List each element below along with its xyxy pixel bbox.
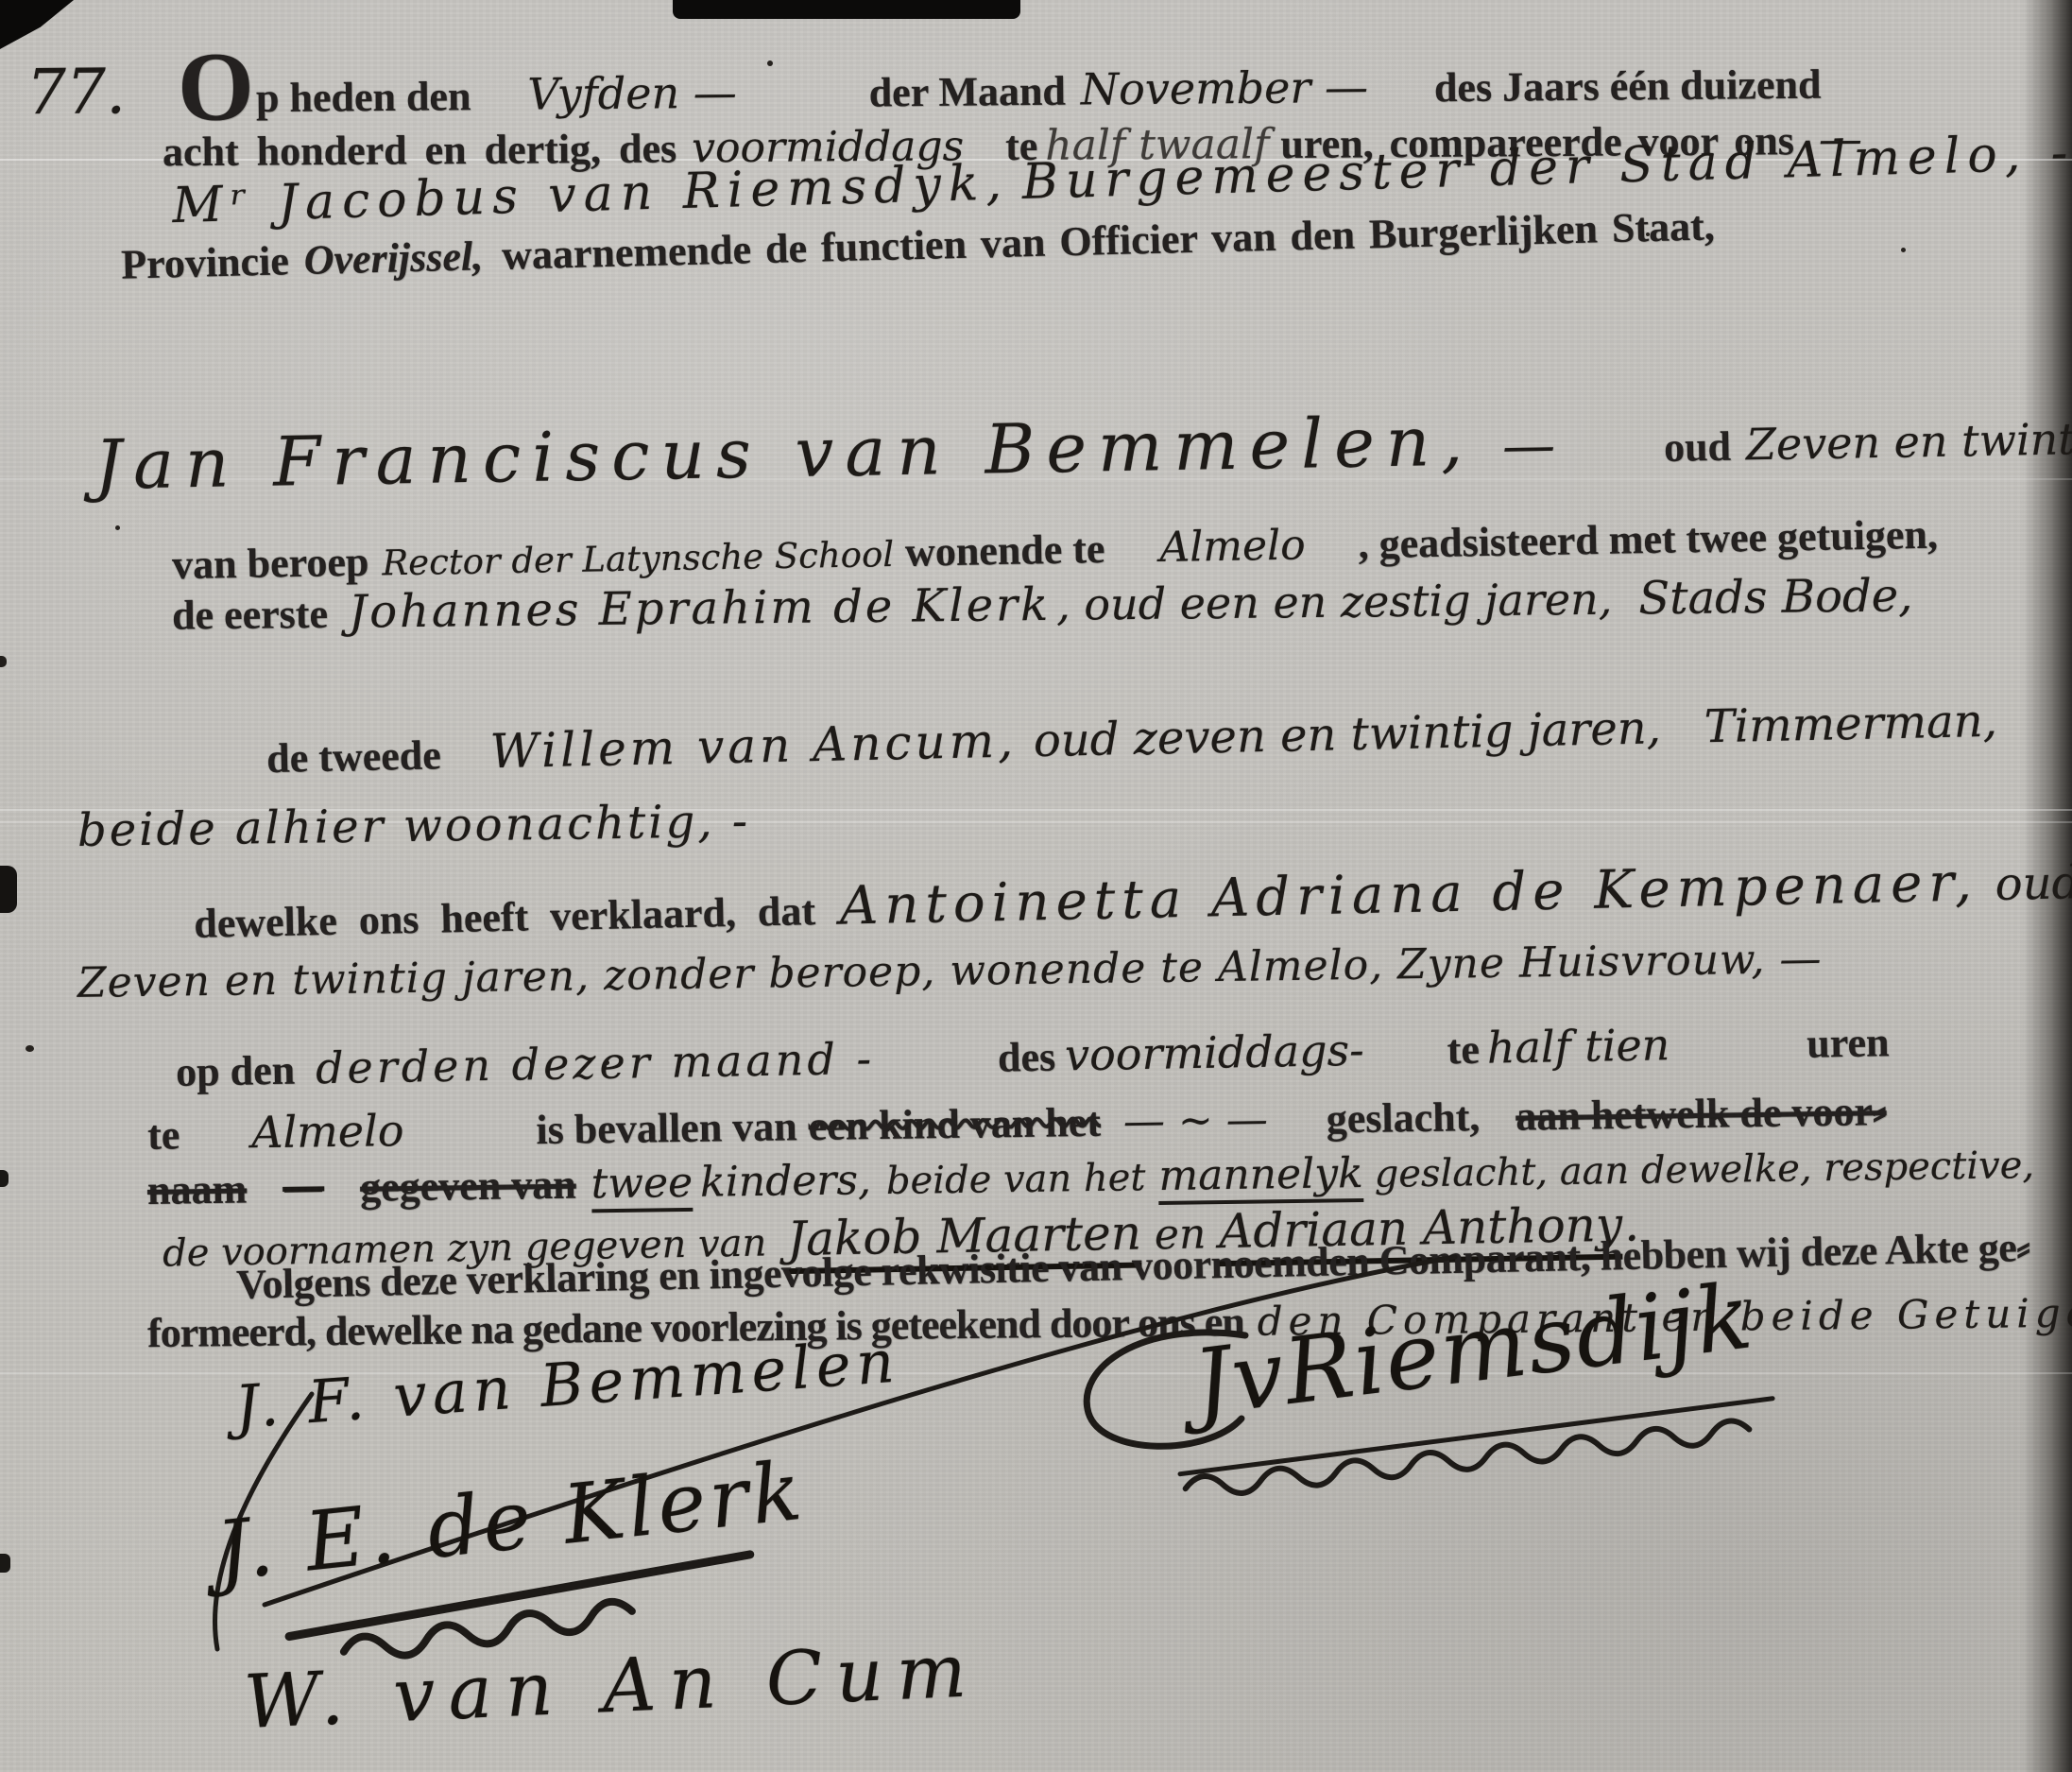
handwritten-mother-name: Antoinetta Adriana de Kempenaer,	[839, 852, 1978, 937]
ink-speck	[26, 1045, 34, 1052]
printed-text: oud	[1664, 422, 1732, 472]
printed-text: dewelke ons heeft verklaard, dat	[194, 886, 816, 948]
ink-speck	[1901, 248, 1906, 252]
handwritten-text: beide van het	[886, 1156, 1146, 1203]
printed-text: p heden den	[256, 72, 471, 122]
handwritten-age: Zeven en twintig	[1746, 413, 2072, 471]
handwritten-birth-hour: half tien	[1486, 1019, 1670, 1073]
corner-mark-top-left	[0, 0, 74, 49]
handwritten-dash: —	[1501, 415, 1555, 477]
printed-text: Provincie	[121, 236, 290, 288]
handwritten-witness2-age: oud zeven en twintig jaren,	[1033, 701, 1661, 767]
printed-text: te	[1447, 1025, 1480, 1075]
printed-text: is bevallen van	[536, 1102, 797, 1154]
edge-mark-top-bar	[673, 0, 1020, 19]
printed-text: de tweede	[266, 731, 442, 783]
handwritten-profession: Rector der Latynsche School	[382, 534, 894, 583]
printed-text: O	[178, 53, 255, 123]
handwritten-text: geslacht, aan dewelke, respective,	[1374, 1144, 2034, 1196]
handwritten-residence: Almelo	[1159, 521, 1306, 572]
line-birth-datetime: op den derden dezer maand - des voormidd…	[176, 1015, 1890, 1096]
handwritten-dashes: — ~ —	[1123, 1095, 1269, 1145]
edge-mark-left-1	[0, 866, 17, 913]
handwritten-birth-place: Almelo	[251, 1105, 404, 1158]
handwritten-birth-day: derden dezer maand -	[316, 1033, 876, 1093]
printed-province-name: Overijssel,	[303, 232, 484, 284]
printed-text: uren	[1807, 1018, 1890, 1068]
document-page: 77. O p heden den Vyfden — der Maand Nov…	[0, 0, 2072, 1772]
handwritten-text: kinders,	[700, 1156, 872, 1207]
handwritten-two-children: twee	[591, 1159, 693, 1213]
printed-text: , geadsisteerd met twee getuigen,	[1358, 510, 1938, 569]
printed-text-struck: gegeven van	[360, 1161, 576, 1212]
edge-mark-left-2	[0, 1170, 9, 1187]
printed-text-struck: aan hetwelk de voor⸗	[1515, 1087, 1887, 1140]
printed-text: van beroep	[172, 538, 369, 590]
line-both-resident: beide alhier woonachtig, -	[77, 795, 751, 857]
line-declarant: Jan Franciscus van Bemmelen, — oud Zeven…	[94, 387, 2072, 505]
printed-text: der Maand	[868, 67, 1066, 117]
printed-text-struck: een kind van het	[808, 1098, 1101, 1150]
handwritten-declarant-name: Jan Franciscus van Bemmelen,	[94, 401, 1474, 504]
act-number: 77.	[26, 55, 127, 129]
line-witness-2: de tweede Willem van Ancum, oud zeven en…	[266, 693, 1998, 783]
handwritten-month: November —	[1081, 61, 1369, 115]
line-date-opening: 77. O p heden den Vyfden — der Maand Nov…	[26, 32, 1822, 129]
edge-mark-left-4	[0, 656, 7, 667]
handwritten-witness2-job: Timmerman,	[1704, 695, 1997, 753]
handwritten-text: oud	[1995, 856, 2072, 911]
handwritten-sex: mannelyk	[1158, 1149, 1363, 1205]
printed-text: wonende te	[905, 525, 1105, 576]
edge-mark-left-3	[0, 1554, 10, 1573]
handwritten-witness2-name: Willem van Ancum,	[489, 714, 1017, 780]
handwritten-day: Vyfden —	[527, 67, 737, 120]
ink-speck	[115, 525, 120, 530]
handwritten-witness1-name: Johannes Eprahim de Klerk	[349, 578, 1052, 639]
printed-text: op den	[176, 1046, 296, 1096]
printed-text: te	[147, 1110, 180, 1159]
handwritten-text: beide alhier woonachtig, -	[77, 795, 751, 857]
printed-text: des	[998, 1033, 1056, 1082]
handwritten-witness1-job: Stads Bode,	[1638, 569, 1913, 625]
printed-text: geslacht,	[1326, 1092, 1480, 1143]
handwritten-dash: —	[283, 1163, 325, 1213]
handwritten-witness1-age: , oud een en zestig jaren,	[1056, 574, 1613, 630]
printed-text-struck: naam	[147, 1164, 248, 1213]
handwritten-birth-daypart: voormiddags-	[1065, 1024, 1365, 1081]
printed-text: de eerste	[172, 590, 328, 640]
printed-text: des Jaars één duizend	[1434, 60, 1822, 112]
